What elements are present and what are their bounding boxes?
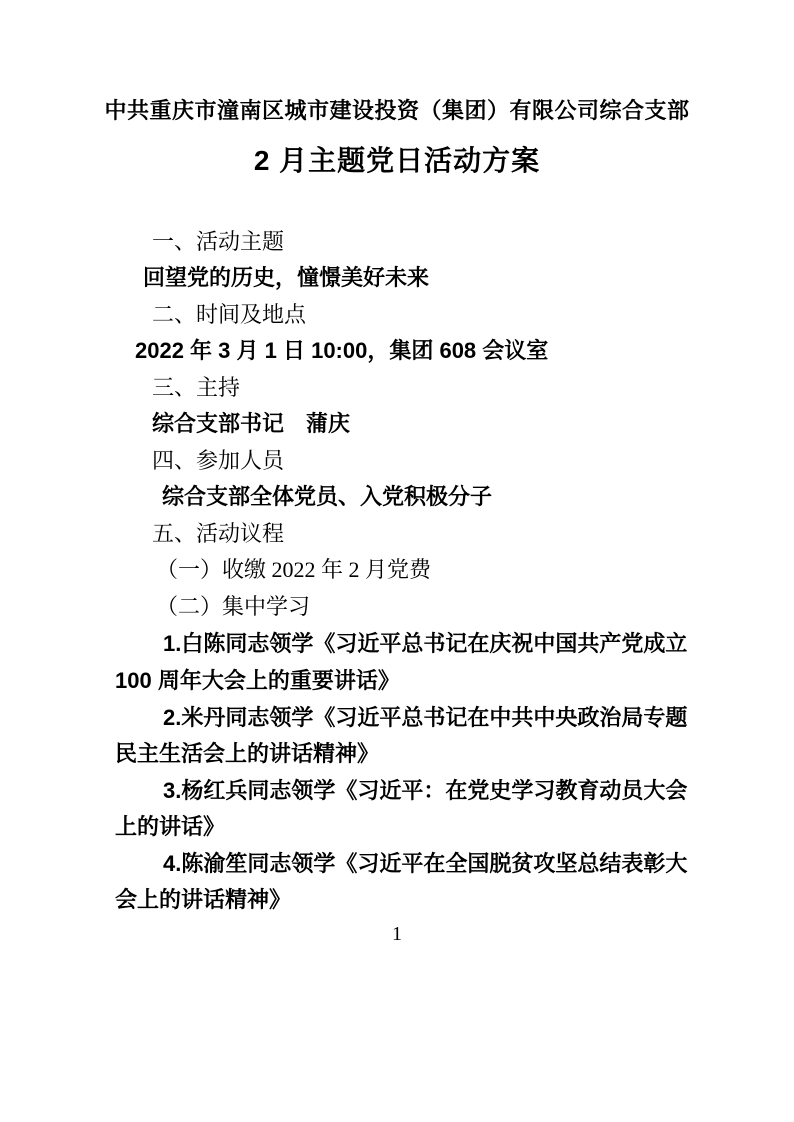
study-item-1-line-2: 100 周年大会上的重要讲话》 [115, 668, 400, 694]
section-3-heading: 三、主持 [152, 375, 240, 401]
section-1-heading: 一、活动主题 [152, 229, 284, 255]
section-2-heading: 二、时间及地点 [152, 302, 306, 328]
study-item-2-line-1: 2.米丹同志领学《习近平总书记在中共中央政治局专题 [163, 705, 687, 731]
section-1-content: 回望党的历史，憧憬美好未来 [143, 265, 429, 291]
section-4-content: 综合支部全体党员、入党积极分子 [162, 484, 492, 510]
study-item-1-line-1: 1.白陈同志领学《习近平总书记在庆祝中国共产党成立 [163, 631, 687, 657]
section-4-heading: 四、参加人员 [152, 448, 284, 474]
study-item-2-line-2: 民主生活会上的讲话精神》 [115, 741, 379, 767]
agenda-item-2: （二）集中学习 [156, 594, 310, 620]
study-item-4-line-1: 4.陈渝笙同志领学《习近平在全国脱贫攻坚总结表彰大 [163, 851, 687, 877]
agenda-item-1: （一）收缴 2022 年 2 月党费 [156, 557, 431, 583]
page-number: 1 [0, 922, 794, 946]
study-item-4-line-2: 会上的讲话精神》 [115, 887, 291, 913]
document-title-line-1: 中共重庆市潼南区城市建设投资（集团）有限公司综合支部 [0, 94, 794, 125]
section-2-content: 2022 年 3 月 1 日 10:00，集团 608 会议室 [135, 338, 548, 364]
study-item-3-line-1: 3.杨红兵同志领学《习近平：在党史学习教育动员大会 [163, 778, 687, 804]
study-item-3-line-2: 上的讲话》 [115, 814, 225, 840]
document-title-line-2: 2 月主题党日活动方案 [0, 139, 794, 179]
section-3-content: 综合支部书记 蒲庆 [152, 411, 350, 437]
section-5-heading: 五、活动议程 [152, 521, 284, 547]
document-page: 中共重庆市潼南区城市建设投资（集团）有限公司综合支部 2 月主题党日活动方案 一… [0, 0, 794, 1122]
